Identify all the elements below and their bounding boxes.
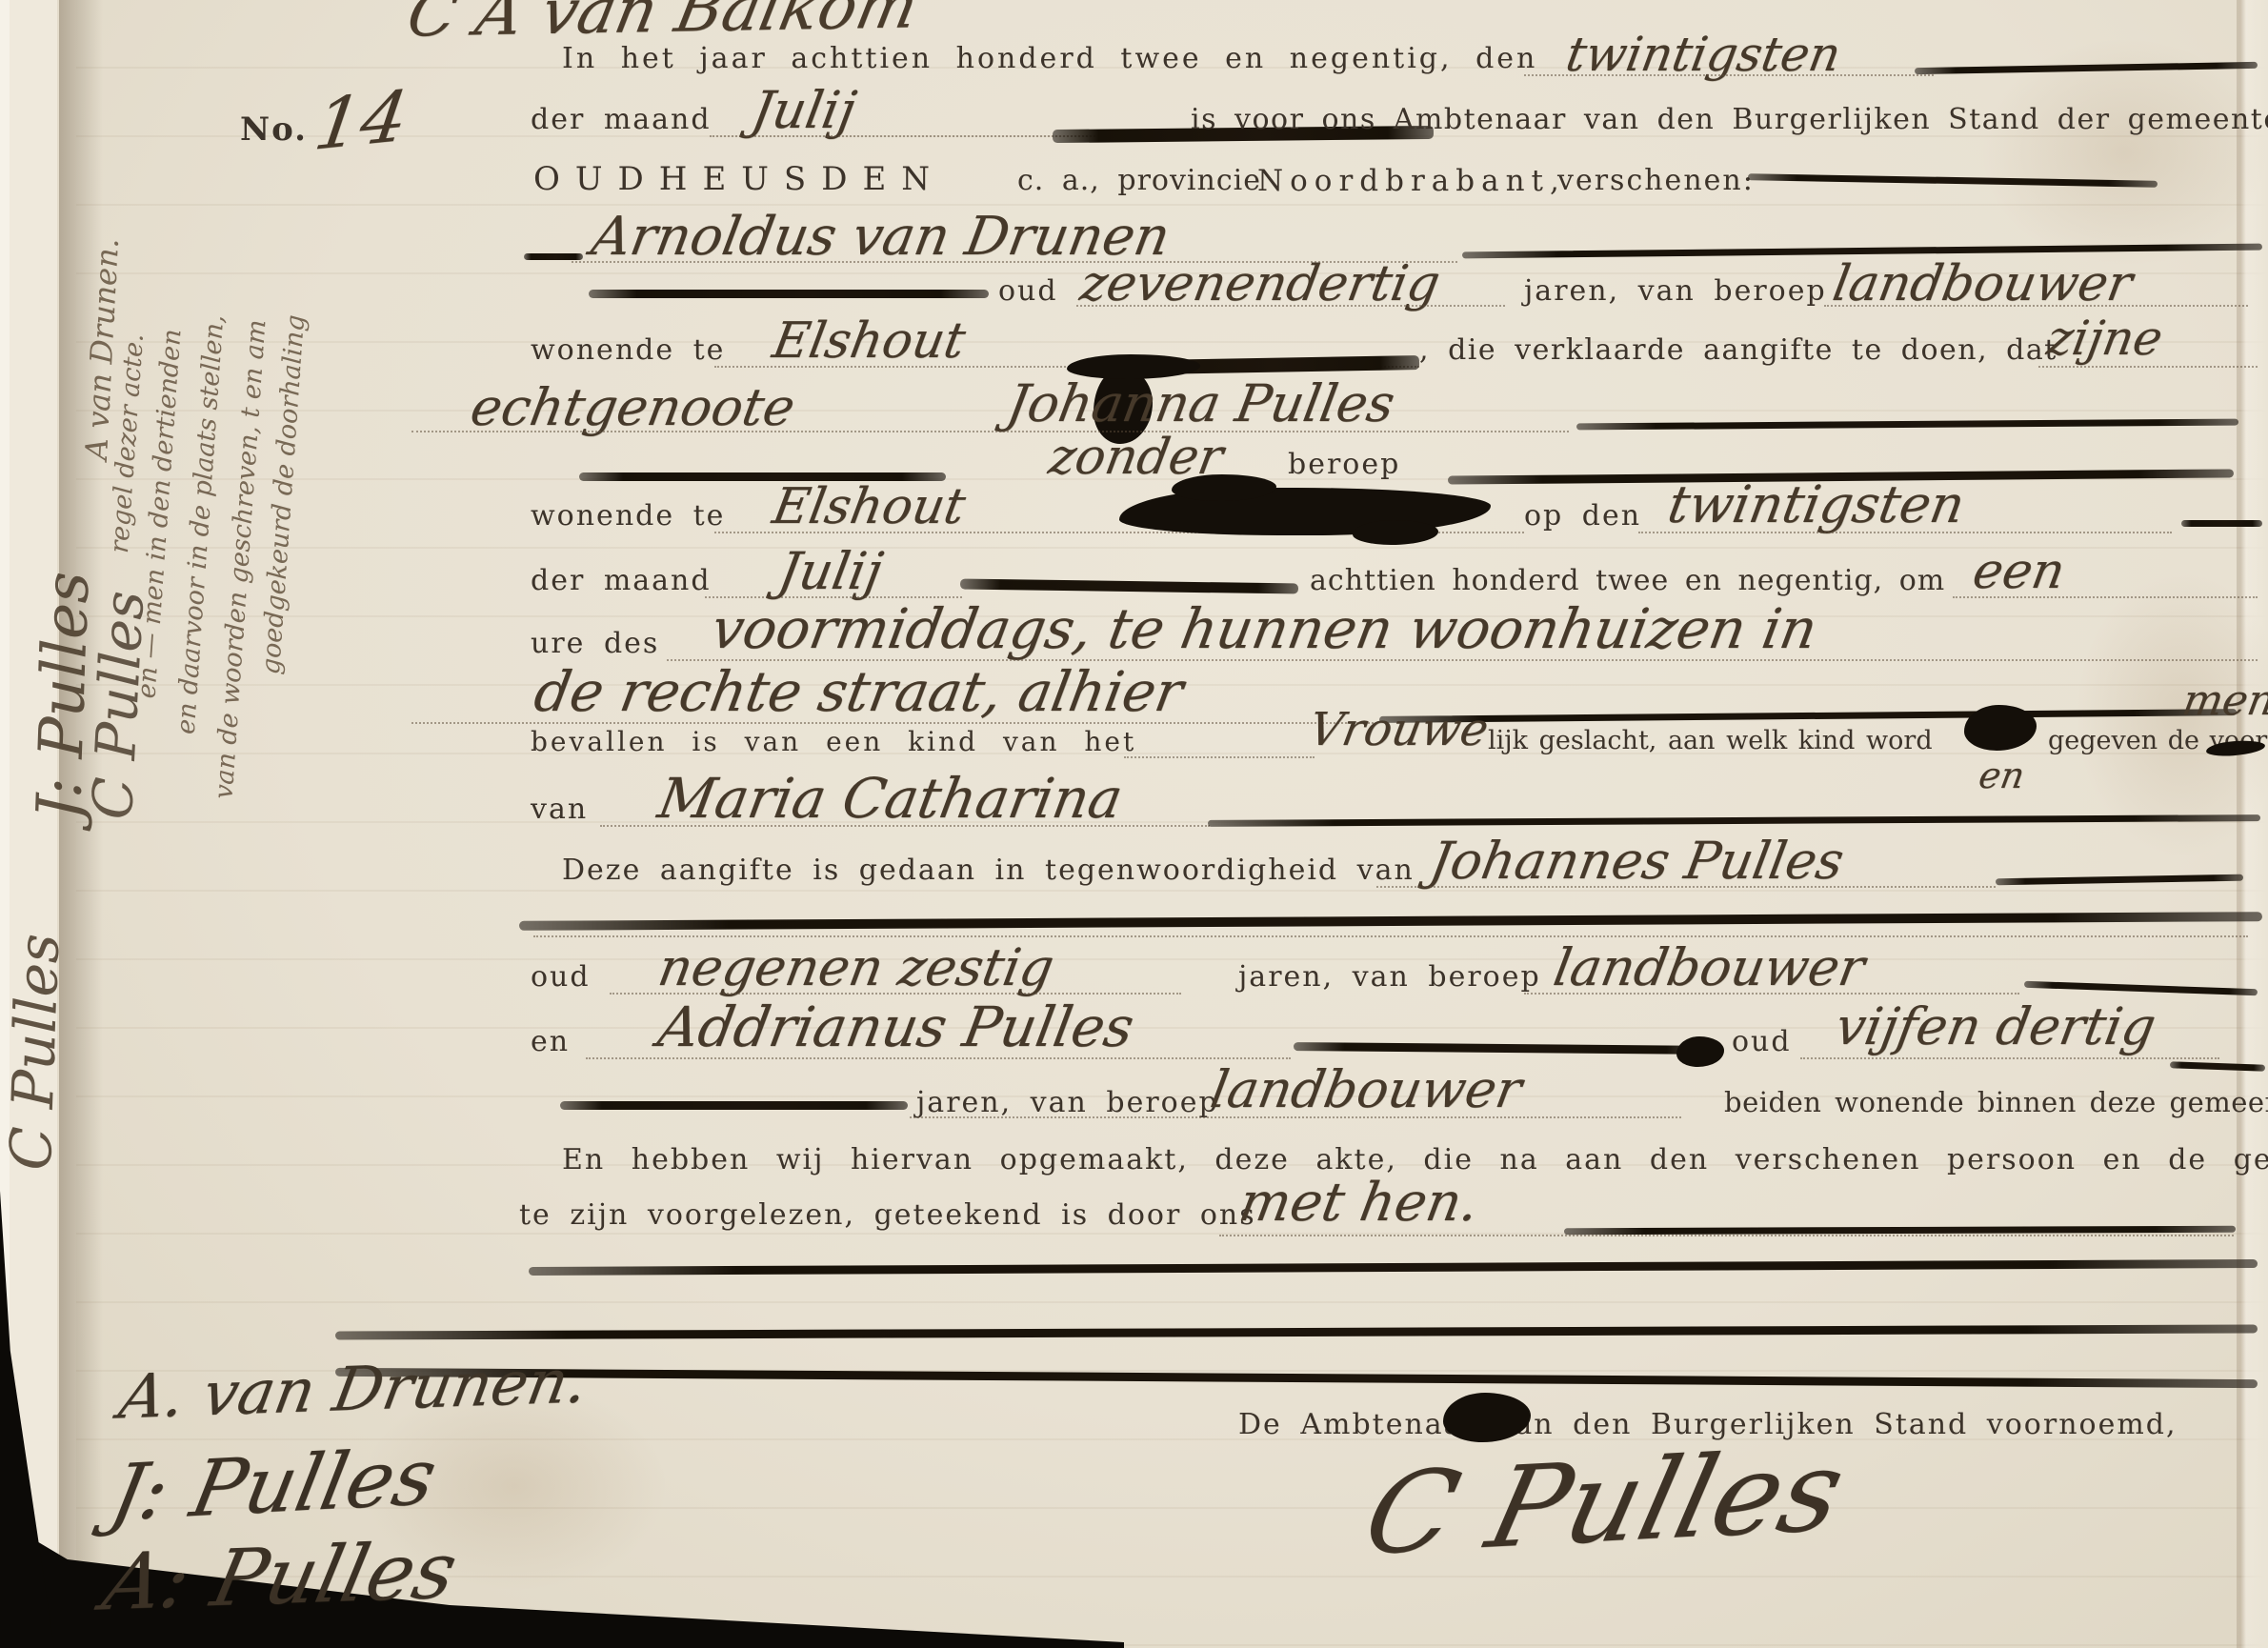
witness2-name: Addrianus Pulles (653, 995, 1138, 1059)
line20-printed: te zijn voorgelezen, geteekend is door o… (519, 1198, 1256, 1232)
dotted-leader (411, 722, 1374, 724)
dotted-leader (1824, 305, 2248, 307)
ink-line (1996, 874, 2243, 886)
dotted-leader (1524, 74, 1934, 76)
line6-printed-b: , die verklaarde aangifte te doen, dat (1419, 333, 2057, 367)
line13-printed-a: bevallen is van een kind van het (531, 726, 1136, 757)
dotted-leader (1076, 305, 1505, 307)
line6-printed-a: wonende te (531, 333, 725, 367)
line3-printed-a: c. a., provincie (1017, 164, 1261, 197)
correction-men: men (2179, 676, 2268, 725)
line20-handwritten: met hen. (1234, 1172, 1483, 1234)
line5-printed-b: jaren, van beroep (1524, 274, 1827, 308)
witness1-age: negenen zestig (653, 937, 1058, 997)
line8-printed: beroep (1288, 448, 1400, 481)
ink-line (589, 290, 989, 298)
ink-blot (1353, 520, 1438, 545)
line5-printed-a: oud (998, 274, 1058, 308)
province-name: Noordbrabant, (1257, 164, 1566, 198)
dotted-leader (1638, 532, 2172, 533)
birth-hour: een (1969, 543, 2070, 600)
ink-line (1294, 1042, 1717, 1055)
dotted-leader (1800, 1057, 2219, 1059)
line13-printed-b: lijk geslacht, aan welk kind word (1488, 726, 1933, 755)
line10-printed-b: achttien honderd twee en negentig, om (1310, 564, 1945, 597)
birth-day: twintigsten (1663, 474, 1969, 534)
dotted-leader (1124, 756, 1315, 758)
dotted-leader (1524, 993, 2019, 995)
ink-line (1208, 814, 2260, 827)
ink-line (1576, 419, 2238, 431)
dotted-leader (1953, 596, 2258, 598)
line7-handwritten-echtgenoote: echtgenoote (466, 377, 799, 437)
child-sex: Vrouwe (1305, 703, 1493, 756)
birth-certificate-scan: C A van Balkom No. 14 In het jaar achtti… (0, 0, 2268, 1648)
witness1-profession: landbouwer (1549, 937, 1869, 997)
line11-handwritten: voormiddags, te hunnen woonhuizen in (707, 596, 1822, 661)
dotted-leader (586, 1057, 1291, 1059)
margin-signature-witness: J: Pulles (24, 571, 103, 821)
witness2-age: vijfen dertig (1831, 996, 2159, 1056)
witness1-name: Johannes Pulles (1425, 831, 1848, 891)
ink-line (1564, 1226, 2236, 1235)
declarant-profession: landbouwer (1829, 255, 2137, 312)
birth-street: de rechte straat, alhier (530, 659, 1188, 724)
dotted-leader (600, 825, 1210, 827)
dotted-leader (411, 431, 1569, 432)
ink-line-full (335, 1368, 2258, 1388)
dotted-leader (1219, 1235, 2234, 1236)
ink-line-full (529, 1259, 2258, 1276)
declarant-age: zevenendertig (1076, 255, 1444, 312)
line2-printed-b: is voor ons Ambtenaar van den Burgerlijk… (1191, 103, 2268, 136)
line2-handwritten-month: Julij (747, 80, 860, 140)
line18-printed-a: jaren, van beroep (916, 1086, 1219, 1119)
ink-dash (2181, 520, 2262, 527)
line11-printed: ure des (531, 627, 659, 660)
ink-line-full (335, 1324, 2258, 1339)
ink-blot (1676, 1036, 1724, 1067)
signature-witness2: A: Pulles (95, 1526, 464, 1629)
line15-printed: Deze aangifte is gedaan in tegenwoordigh… (562, 854, 1415, 887)
correction-en: en (1976, 754, 2028, 796)
signature-witness1: J: Pulles (104, 1432, 444, 1538)
margin-signature-extra: C Pulles (0, 933, 72, 1172)
line16-printed-b: jaren, van beroep (1238, 960, 1541, 994)
ink-line (560, 1101, 908, 1110)
municipality-name: OUDHEUSDEN (533, 160, 945, 198)
ink-line (2024, 981, 2258, 996)
dotted-leader (1376, 886, 1996, 888)
declarant-residence: Elshout (769, 312, 970, 370)
line14-printed: van (531, 793, 588, 826)
ink-blot-correction (1964, 705, 2037, 751)
ink-dash (524, 253, 583, 260)
act-number-label: No. (240, 111, 308, 149)
line3-printed-b: verschenen: (1557, 164, 1755, 197)
witness2-profession: landbouwer (1206, 1059, 1526, 1119)
child-name: Maria Catharina (653, 766, 1128, 831)
line17-printed-a: en (531, 1025, 570, 1058)
line18-printed-b: beiden wonende binnen deze gemeente. (1724, 1086, 2268, 1118)
dotted-leader (2038, 366, 2258, 368)
line1-printed: In het jaar achttien honderd twee en neg… (562, 42, 1537, 75)
registrar-signature: C Pulles (1354, 1424, 1857, 1579)
line9-printed-b: op den (1524, 499, 1641, 533)
line6-handwritten-zijne: zijne (2043, 311, 2167, 366)
line2-printed-a: der maand (531, 103, 712, 136)
spouse-name: Johanna Pulles (1002, 373, 1398, 433)
line17-printed-b: oud (1732, 1025, 1792, 1058)
birth-month: Julij (773, 541, 887, 601)
ink-smear (960, 579, 1298, 594)
line16-printed-a: oud (531, 960, 591, 994)
ink-line-full (519, 912, 2262, 931)
act-number-value: 14 (310, 75, 412, 166)
line10-printed-a: der maand (531, 564, 712, 597)
birth-residence: Elshout (769, 478, 970, 535)
line9-printed-a: wonende te (531, 499, 725, 533)
dotted-leader (910, 1116, 1681, 1118)
